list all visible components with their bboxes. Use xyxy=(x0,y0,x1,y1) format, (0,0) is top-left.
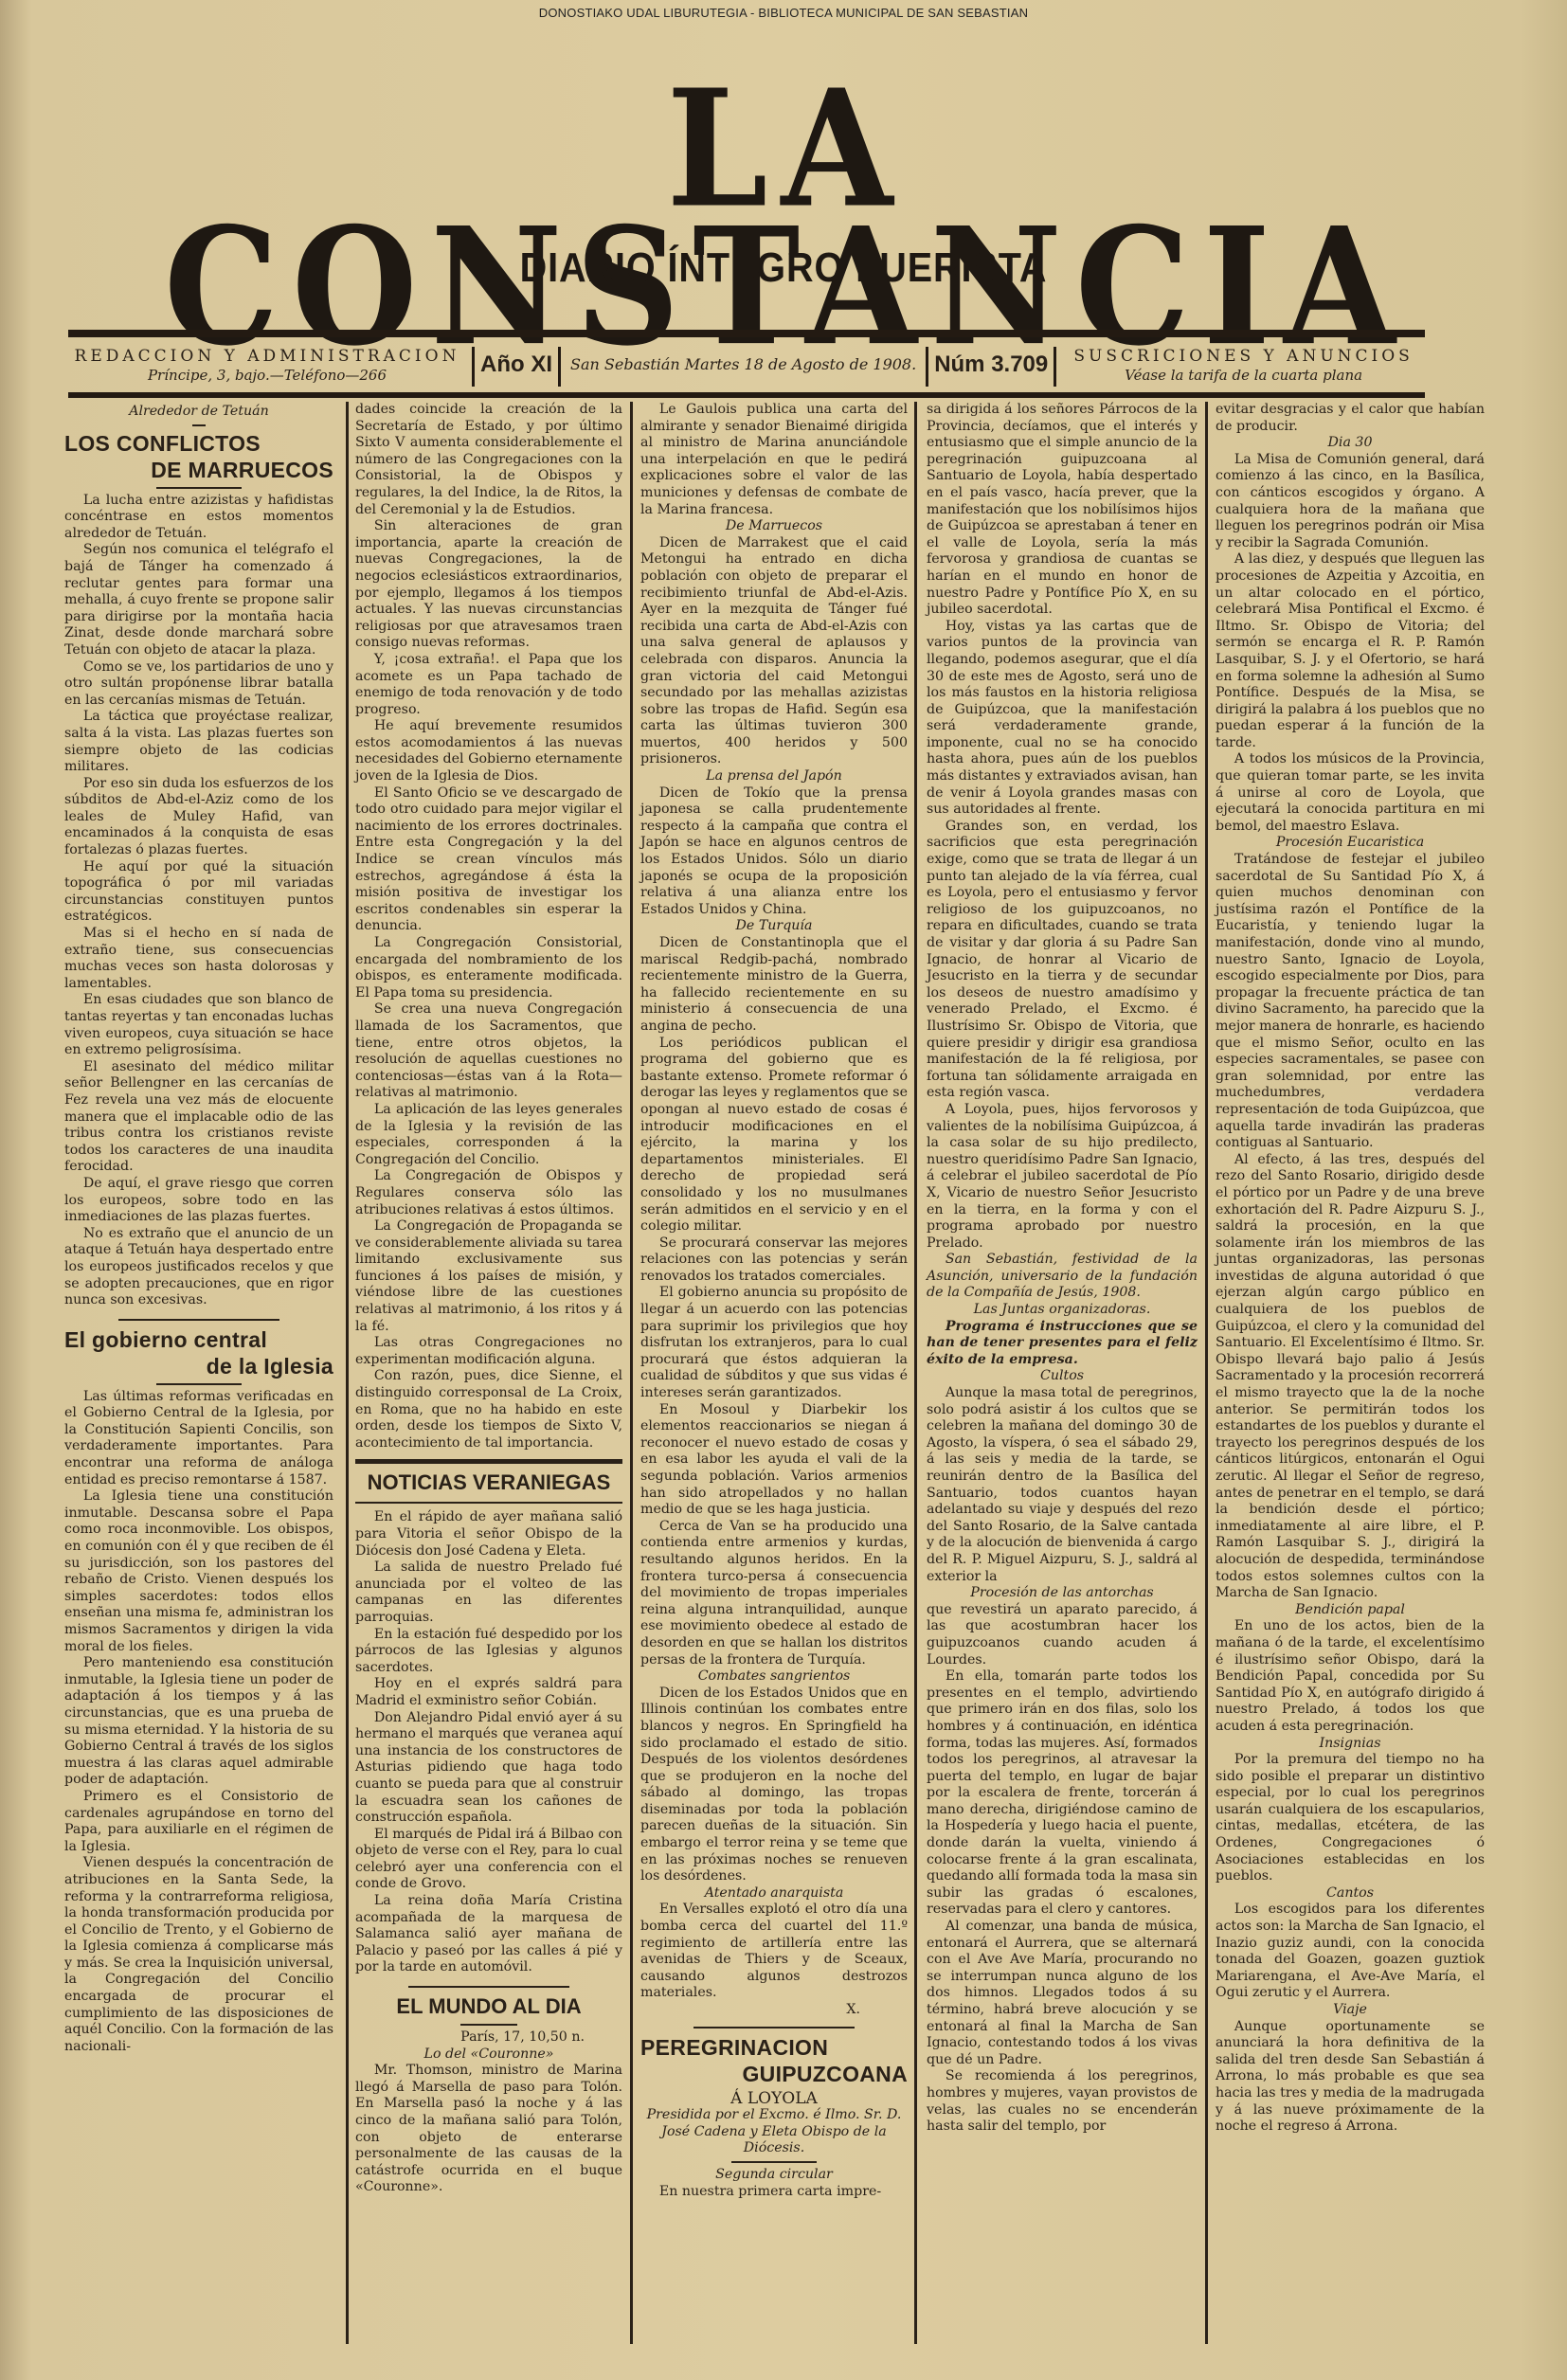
paragraph: Los escogidos para los diferentes actos … xyxy=(1216,1902,1485,2002)
section-rule xyxy=(408,1986,569,1988)
divider xyxy=(1054,347,1056,387)
column-2: dades coincide la creación de la Secreta… xyxy=(355,402,622,2196)
column-1: Alrededor de Tetuán LOS CONFLICTOS DE MA… xyxy=(64,402,333,2055)
section-rule xyxy=(118,1319,279,1321)
subheading: Cantos xyxy=(1216,1885,1485,1902)
headline-gobierno: El gobierno central de la Iglesia xyxy=(64,1326,333,1379)
paragraph: sa dirigida á los señores Párrocos de la… xyxy=(927,402,1198,619)
column-rule xyxy=(1205,402,1208,2344)
paragraph: He aquí por qué la situación topográfica… xyxy=(64,859,333,926)
paragraph: Por eso sin duda los esfuerzos de los sú… xyxy=(64,776,333,859)
divider xyxy=(558,347,561,387)
paragraph: En la estación fué despedido por los pár… xyxy=(355,1627,622,1677)
masthead-rule xyxy=(68,330,1425,337)
presidida-note: Presidida por el Excmo. é Ilmo. Sr. D. J… xyxy=(640,2107,908,2157)
paragraph: La Congregación Consistorial, encargada … xyxy=(355,935,622,1001)
paragraph: A Loyola, pues, hijos fervorosos y valie… xyxy=(927,1102,1198,1252)
subheading: Combates sangrientos xyxy=(640,1668,908,1686)
issue-date: San Sebastián Martes 18 de Agosto de 190… xyxy=(567,347,920,383)
paragraph: Dicen de los Estados Unidos que en Illin… xyxy=(640,1686,908,1885)
masthead-title: LA CONSTANCIA xyxy=(114,80,1459,355)
infobar-rule xyxy=(68,392,1425,398)
subheading: De Marruecos xyxy=(640,518,908,535)
column-3: Le Gaulois publica una carta del almiran… xyxy=(640,402,908,2200)
subheading: Segunda circular xyxy=(640,2167,908,2184)
short-rule xyxy=(156,487,242,489)
paragraph: La Congregación de Propaganda se ve cons… xyxy=(355,1218,622,1335)
paragraph: La aplicación de las leyes generales de … xyxy=(355,1102,622,1168)
paragraph: En ella, tomarán parte todos los present… xyxy=(927,1668,1198,1919)
subheading: Procesión Eucaristica xyxy=(1216,835,1485,852)
subheading: Viaje xyxy=(1216,2002,1485,2019)
paragraph: La Congregación de Obispos y Regulares c… xyxy=(355,1168,622,1218)
short-rule xyxy=(156,1383,242,1385)
paragraph: Hoy, vistas ya las cartas que de varios … xyxy=(927,619,1198,819)
headline-mundo-al-dia: EL MUNDO AL DIA xyxy=(355,1993,622,2020)
paragraph: Tratándose de festejar el jubileo sacerd… xyxy=(1216,852,1485,1152)
section-rule xyxy=(355,1459,622,1464)
paragraph: La Misa de Comunión general, dará comien… xyxy=(1216,452,1485,552)
subheading-loyola: Á LOYOLA xyxy=(640,2091,908,2108)
section-rule xyxy=(693,2027,855,2028)
paragraph: En nuestra primera carta impre- xyxy=(640,2184,908,2201)
paragraph: Don Alejandro Pidal envió ayer á su herm… xyxy=(355,1710,622,1827)
paragraph: Las otras Congregaciones no experimentan… xyxy=(355,1335,622,1368)
paragraph: La reina doña María Cristina acompañada … xyxy=(355,1893,622,1976)
paragraph: Mr. Thomson, ministro de Marina llegó á … xyxy=(355,2063,622,2196)
paragraph: Se crea una nueva Congregación llamada d… xyxy=(355,1001,622,1102)
paragraph: En esas ciudades que son blanco de tanta… xyxy=(64,992,333,1058)
short-rule xyxy=(460,2024,517,2026)
issue-number: Núm 3.709 xyxy=(934,347,1048,383)
paragraph: San Sebastián, festividad de la Asunción… xyxy=(927,1252,1198,1302)
paragraph: Los periódicos publican el programa del … xyxy=(640,1036,908,1235)
redaccion-label: REDACCION Y ADMINISTRACION xyxy=(68,347,466,366)
newspaper-page: DONOSTIAKO UDAL LIBURUTEGIA - BIBLIOTECA… xyxy=(0,0,1567,2380)
paragraph: A las diez, y después que lleguen las pr… xyxy=(1216,551,1485,751)
dateline: París, 17, 10,50 n. xyxy=(355,2029,622,2046)
paragraph: En Mosoul y Diarbekir los elementos reac… xyxy=(640,1402,908,1519)
paragraph: Primero es el Consistorio de cardenales … xyxy=(64,1789,333,1855)
paragraph: En el rápido de ayer mañana salió para V… xyxy=(355,1509,622,1560)
divider xyxy=(926,347,928,387)
headline-peregrinacion: PEREGRINACION GUIPUZCOANA xyxy=(640,2034,908,2087)
paragraph: Pero manteniendo esa constitución inmuta… xyxy=(64,1655,333,1789)
paragraph: Sin alteraciones de gran importancia, ap… xyxy=(355,518,622,652)
paragraph: Cerca de Van se ha producido una contien… xyxy=(640,1519,908,1668)
paragraph: La táctica que proyéctase realizar, salt… xyxy=(64,709,333,775)
paragraph: El gobierno anuncia su propósito de lleg… xyxy=(640,1285,908,1401)
divider xyxy=(472,347,475,387)
paragraph: Al comenzar, una banda de música, entona… xyxy=(927,1919,1198,2068)
paragraph: He aquí brevemente resumidos estos acomo… xyxy=(355,718,622,784)
paragraph: Hoy en el exprés saldrá para Madrid el e… xyxy=(355,1676,622,1709)
paragraph: En uno de los actos, bien de la mañana ó… xyxy=(1216,1618,1485,1735)
paragraph: Aunque la masa total de peregrinos, solo… xyxy=(927,1385,1198,1585)
masthead-subtitle: DIARIO ÍNTEGRO FUERISTA xyxy=(79,244,1489,292)
redaccion-block: REDACCION Y ADMINISTRACION Príncipe, 3, … xyxy=(68,347,466,385)
paragraph: Por la premura del tiempo no ha sido pos… xyxy=(1216,1752,1485,1885)
article-kicker: Alrededor de Tetuán xyxy=(64,404,333,421)
info-bar: REDACCION Y ADMINISTRACION Príncipe, 3, … xyxy=(68,347,1425,388)
paragraph: En Versalles explotó el otro día una bom… xyxy=(640,1902,908,2002)
paragraph: A todos los músicos de la Provincia, que… xyxy=(1216,751,1485,835)
subheading: De Turquía xyxy=(640,918,908,935)
column-rule xyxy=(346,402,349,2344)
paragraph: Le Gaulois publica una carta del almiran… xyxy=(640,402,908,518)
paragraph: Según nos comunica el telégrafo el bajá … xyxy=(64,542,333,658)
column-rule xyxy=(914,402,917,2344)
address: Príncipe, 3, bajo.—Teléfono—266 xyxy=(68,366,466,385)
paragraph: Dicen de Marrakest que el caid Metongui … xyxy=(640,535,908,768)
subheading: Cultos xyxy=(927,1368,1198,1385)
paragraph: Grandes son, en verdad, los sacrificios … xyxy=(927,819,1198,1102)
short-rule xyxy=(192,424,206,426)
paragraph: Dicen de Tokío que la prensa japonesa se… xyxy=(640,785,908,919)
section-rule xyxy=(355,1502,622,1504)
subheading: Dia 30 xyxy=(1216,435,1485,452)
headline-noticias-veraniegas: NOTICIAS VERANIEGAS xyxy=(355,1469,622,1496)
paragraph: Dicen de Constantinopla que el mariscal … xyxy=(640,935,908,1036)
paragraph: Se recomienda á los peregrinos, hombres … xyxy=(927,2068,1198,2135)
paragraph: No es extraño que el anuncio de un ataqu… xyxy=(64,1226,333,1309)
paragraph: que revestirá un aparato parecido, á las… xyxy=(927,1602,1198,1668)
subheading: Lo del «Couronne» xyxy=(355,2046,622,2064)
column-rule xyxy=(630,402,633,2344)
signature: Las Juntas organizadoras. xyxy=(927,1302,1198,1319)
suscriciones-label: SUSCRICIONES Y ANUNCIOS xyxy=(1062,347,1425,366)
paragraph: Mas si el hecho en sí nada de extraño ti… xyxy=(64,926,333,992)
paragraph: Aunque oportunamente se anunciará la hor… xyxy=(1216,2019,1485,2136)
paragraph: Las últimas reformas verificadas en el G… xyxy=(64,1389,333,1489)
year-label: Año XI xyxy=(480,347,552,383)
paragraph: El marqués de Pidal irá á Bilbao con obj… xyxy=(355,1827,622,1893)
paragraph: Como se ve, los partidarios de uno y otr… xyxy=(64,659,333,710)
paragraph: El asesinato del médico militar señor Be… xyxy=(64,1059,333,1176)
subheading: Bendición papal xyxy=(1216,1602,1485,1619)
paragraph: Con razón, pues, dice Sienne, el disting… xyxy=(355,1368,622,1451)
paragraph: La Iglesia tiene una constitución inmuta… xyxy=(64,1488,333,1655)
column-4: sa dirigida á los señores Párrocos de la… xyxy=(927,402,1198,2136)
subheading: La prensa del Japón xyxy=(640,768,908,785)
paragraph: La salida de nuestro Prelado fué anuncia… xyxy=(355,1560,622,1626)
paragraph: dades coincide la creación de la Secreta… xyxy=(355,402,622,518)
subheading: Procesión de las antorchas xyxy=(927,1585,1198,1602)
subheading: Insignias xyxy=(1216,1736,1485,1753)
paragraph: Al efecto, á las tres, después del rezo … xyxy=(1216,1152,1485,1602)
paragraph: Se procurará conservar las mejores relac… xyxy=(640,1235,908,1286)
paragraph: Vienen después la concentración de atrib… xyxy=(64,1855,333,2055)
subheading: Atentado anarquista xyxy=(640,1885,908,1902)
paragraph: Programa é instrucciones que se han de t… xyxy=(927,1319,1198,1369)
library-watermark: DONOSTIAKO UDAL LIBURUTEGIA - BIBLIOTECA… xyxy=(0,6,1567,20)
suscriciones-block: SUSCRICIONES Y ANUNCIOS Véase la tarifa … xyxy=(1062,347,1425,385)
paragraph: evitar desgracias y el calor que habían … xyxy=(1216,402,1485,435)
headline-conflictos: LOS CONFLICTOS DE MARRUECOS xyxy=(64,430,333,483)
paragraph: Y, ¡cosa extraña!. el Papa que los acome… xyxy=(355,652,622,718)
signature: X. xyxy=(640,2002,908,2019)
paragraph: De aquí, el grave riesgo que corren los … xyxy=(64,1176,333,1226)
paragraph: El Santo Oficio se ve descargado de todo… xyxy=(355,785,622,935)
paragraph: La lucha entre azizistas y hafidistas co… xyxy=(64,493,333,543)
column-5: evitar desgracias y el calor que habían … xyxy=(1216,402,1485,2136)
short-rule xyxy=(731,2161,817,2163)
tarifa-note: Véase la tarifa de la cuarta plana xyxy=(1062,366,1425,385)
